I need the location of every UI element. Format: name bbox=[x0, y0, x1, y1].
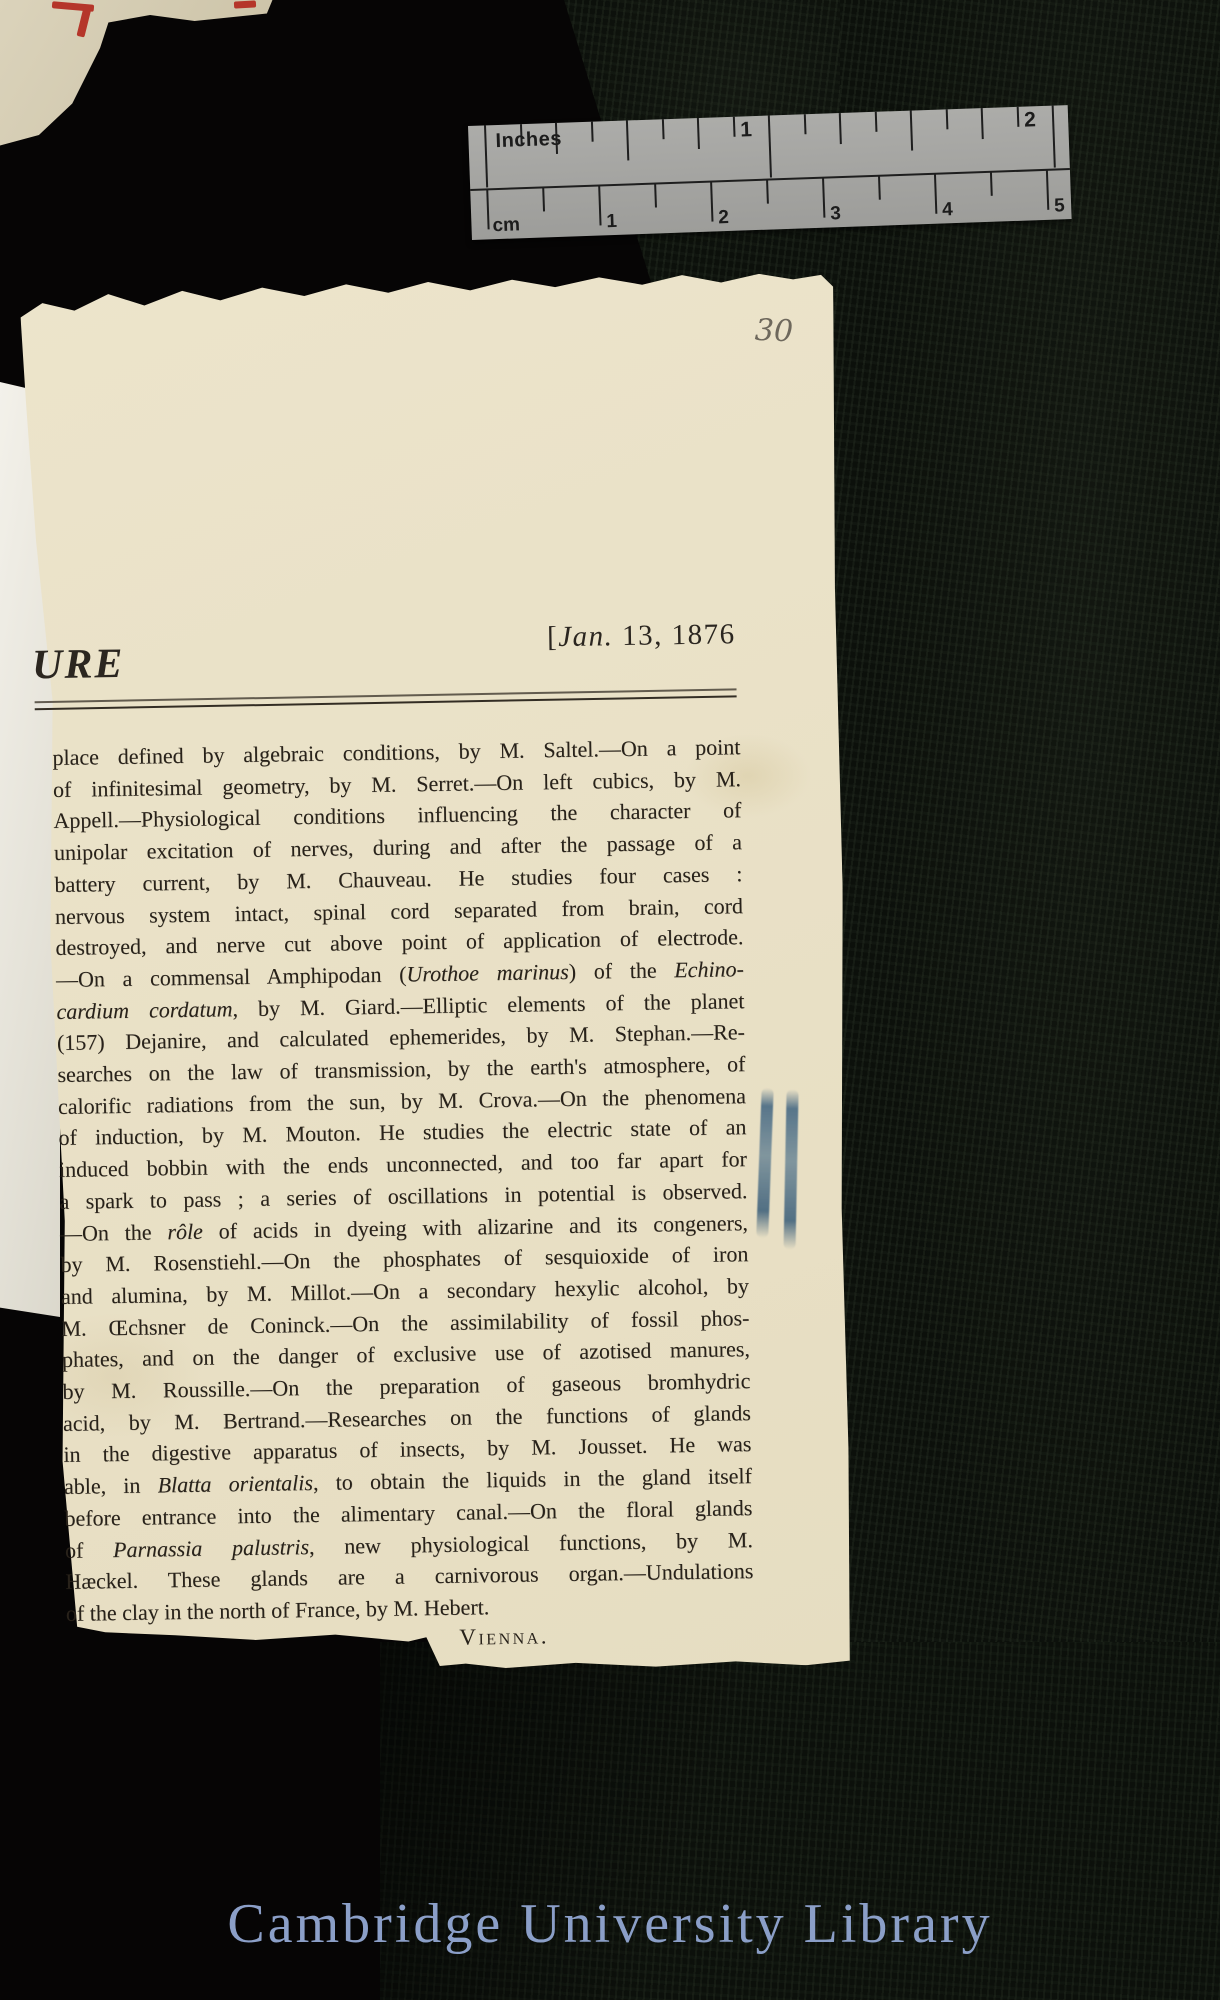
paper-scrap-top-left bbox=[0, 0, 278, 150]
cm-tick bbox=[598, 185, 601, 225]
cm-tick bbox=[878, 176, 881, 200]
inch-tick bbox=[519, 124, 522, 144]
body-text: place defined by algebraic conditions, b… bbox=[52, 731, 754, 1629]
cm-tick bbox=[542, 187, 545, 211]
journal-title-fragment: URE bbox=[32, 640, 125, 689]
inch-tick bbox=[1016, 107, 1019, 127]
red-pen-mark bbox=[76, 6, 91, 37]
library-watermark: Cambridge University Library bbox=[0, 1892, 1220, 1956]
inch-tick bbox=[839, 113, 842, 144]
inch-tick bbox=[945, 109, 948, 129]
section-heading-vienna: Vienna. bbox=[459, 1623, 549, 1650]
ruler-cm-number: 5 bbox=[1054, 195, 1065, 217]
cm-tick bbox=[822, 178, 825, 218]
cm-tick bbox=[486, 189, 489, 229]
issue-date: [Jan. 13, 1876 bbox=[427, 618, 735, 656]
cm-tick bbox=[766, 180, 769, 204]
ruler-cm-number: 2 bbox=[718, 207, 729, 229]
ruler-cm-label: cm bbox=[492, 214, 520, 237]
ruler-inch-number: 2 bbox=[1024, 108, 1037, 132]
inch-tick bbox=[661, 119, 664, 139]
inch-tick bbox=[874, 112, 877, 132]
inch-tick bbox=[484, 125, 488, 187]
cm-tick bbox=[934, 174, 937, 214]
ruler-cm-number: 1 bbox=[606, 211, 617, 233]
ruler-inch-number: 1 bbox=[740, 118, 753, 142]
inch-tick bbox=[697, 118, 700, 149]
inch-tick bbox=[768, 115, 772, 177]
page-annotation: 30 bbox=[754, 313, 793, 349]
archive-photo: Inches 12 12345 cm 30 URE [Jan. 13, 1876… bbox=[0, 0, 1220, 2000]
inch-tick bbox=[732, 117, 735, 137]
cm-tick bbox=[990, 172, 993, 196]
inch-tick bbox=[910, 111, 913, 151]
cm-tick bbox=[654, 184, 657, 208]
inch-tick bbox=[555, 123, 558, 154]
press-clipping: 30 URE [Jan. 13, 1876 place defined by a… bbox=[14, 269, 861, 1687]
inch-tick bbox=[1052, 106, 1056, 168]
inch-tick bbox=[590, 122, 593, 142]
ruler-cm-number: 4 bbox=[942, 199, 953, 221]
inch-tick bbox=[626, 120, 629, 160]
inch-tick bbox=[803, 114, 806, 134]
cm-tick bbox=[710, 182, 713, 222]
cm-tick bbox=[1046, 170, 1049, 210]
inch-tick bbox=[981, 108, 984, 139]
ruler-cm-number: 3 bbox=[830, 203, 841, 225]
measurement-ruler: Inches 12 12345 cm bbox=[468, 105, 1072, 240]
red-pen-mark bbox=[234, 0, 256, 8]
